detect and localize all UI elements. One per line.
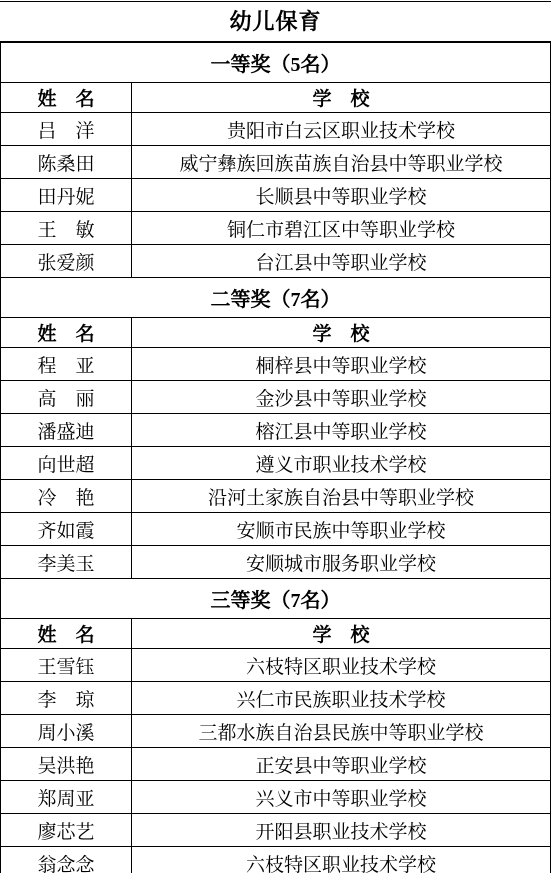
school-cell: 沿河土家族自治县中等职业学校 bbox=[132, 480, 551, 513]
table-row: 吕 洋贵阳市白云区职业技术学校 bbox=[1, 113, 551, 146]
school-cell: 遵义市职业技术学校 bbox=[132, 447, 551, 480]
school-cell: 六枝特区职业技术学校 bbox=[132, 649, 551, 682]
name-cell: 王雪钰 bbox=[1, 649, 132, 682]
school-cell: 正安县中等职业学校 bbox=[132, 748, 551, 781]
column-header-row: 姓 名学 校 bbox=[1, 318, 551, 348]
table-row: 吴洪艳正安县中等职业学校 bbox=[1, 748, 551, 781]
name-cell: 潘盛迪 bbox=[1, 414, 132, 447]
table-row: 周小溪三都水族自治县民族中等职业学校 bbox=[1, 715, 551, 748]
section-heading: 一等奖（5名） bbox=[1, 42, 551, 83]
table-row: 陈桑田威宁彝族回族苗族自治县中等职业学校 bbox=[1, 146, 551, 179]
table-row: 翁念念六枝特区职业技术学校 bbox=[1, 847, 551, 873]
school-cell: 六枝特区职业技术学校 bbox=[132, 847, 551, 873]
column-header-name: 姓 名 bbox=[1, 83, 132, 113]
name-cell: 廖芯艺 bbox=[1, 814, 132, 847]
section-heading-row: 三等奖（7名） bbox=[1, 579, 551, 619]
table-row: 廖芯艺开阳县职业技术学校 bbox=[1, 814, 551, 847]
name-cell: 冷 艳 bbox=[1, 480, 132, 513]
school-cell: 威宁彝族回族苗族自治县中等职业学校 bbox=[132, 146, 551, 179]
school-cell: 三都水族自治县民族中等职业学校 bbox=[132, 715, 551, 748]
table-row: 张爱颜台江县中等职业学校 bbox=[1, 245, 551, 278]
table-row: 潘盛迪榕江县中等职业学校 bbox=[1, 414, 551, 447]
table-row: 高 丽金沙县中等职业学校 bbox=[1, 381, 551, 414]
school-cell: 长顺县中等职业学校 bbox=[132, 179, 551, 212]
table-row: 李 琼兴仁市民族职业技术学校 bbox=[1, 682, 551, 715]
award-table-body: 一等奖（5名）姓 名学 校吕 洋贵阳市白云区职业技术学校陈桑田威宁彝族回族苗族自… bbox=[1, 42, 551, 873]
column-header-row: 姓 名学 校 bbox=[1, 83, 551, 113]
page-title: 幼儿保育 bbox=[0, 0, 551, 41]
table-row: 王 敏铜仁市碧江区中等职业学校 bbox=[1, 212, 551, 245]
school-cell: 金沙县中等职业学校 bbox=[132, 381, 551, 414]
table-row: 王雪钰六枝特区职业技术学校 bbox=[1, 649, 551, 682]
table-row: 田丹妮长顺县中等职业学校 bbox=[1, 179, 551, 212]
table-row: 齐如霞安顺市民族中等职业学校 bbox=[1, 513, 551, 546]
school-cell: 开阳县职业技术学校 bbox=[132, 814, 551, 847]
name-cell: 程 亚 bbox=[1, 348, 132, 381]
school-cell: 安顺城市服务职业学校 bbox=[132, 546, 551, 579]
school-cell: 桐梓县中等职业学校 bbox=[132, 348, 551, 381]
column-header-school: 学 校 bbox=[132, 619, 551, 649]
name-cell: 吴洪艳 bbox=[1, 748, 132, 781]
top-divider-line bbox=[0, 1, 551, 2]
table-row: 郑周亚兴义市中等职业学校 bbox=[1, 781, 551, 814]
school-cell: 兴仁市民族职业技术学校 bbox=[132, 682, 551, 715]
name-cell: 吕 洋 bbox=[1, 113, 132, 146]
name-cell: 翁念念 bbox=[1, 847, 132, 873]
table-row: 程 亚桐梓县中等职业学校 bbox=[1, 348, 551, 381]
table-row: 冷 艳沿河土家族自治县中等职业学校 bbox=[1, 480, 551, 513]
school-cell: 铜仁市碧江区中等职业学校 bbox=[132, 212, 551, 245]
name-cell: 高 丽 bbox=[1, 381, 132, 414]
name-cell: 周小溪 bbox=[1, 715, 132, 748]
school-cell: 兴义市中等职业学校 bbox=[132, 781, 551, 814]
section-heading-row: 一等奖（5名） bbox=[1, 42, 551, 83]
name-cell: 田丹妮 bbox=[1, 179, 132, 212]
table-row: 向世超遵义市职业技术学校 bbox=[1, 447, 551, 480]
name-cell: 李 琼 bbox=[1, 682, 132, 715]
section-heading-row: 二等奖（7名） bbox=[1, 278, 551, 318]
section-heading: 二等奖（7名） bbox=[1, 278, 551, 318]
table-row: 李美玉安顺城市服务职业学校 bbox=[1, 546, 551, 579]
school-cell: 榕江县中等职业学校 bbox=[132, 414, 551, 447]
name-cell: 李美玉 bbox=[1, 546, 132, 579]
school-cell: 安顺市民族中等职业学校 bbox=[132, 513, 551, 546]
column-header-row: 姓 名学 校 bbox=[1, 619, 551, 649]
award-table: 一等奖（5名）姓 名学 校吕 洋贵阳市白云区职业技术学校陈桑田威宁彝族回族苗族自… bbox=[0, 41, 551, 873]
name-cell: 陈桑田 bbox=[1, 146, 132, 179]
name-cell: 郑周亚 bbox=[1, 781, 132, 814]
school-cell: 台江县中等职业学校 bbox=[132, 245, 551, 278]
name-cell: 齐如霞 bbox=[1, 513, 132, 546]
name-cell: 张爱颜 bbox=[1, 245, 132, 278]
name-cell: 向世超 bbox=[1, 447, 132, 480]
column-header-name: 姓 名 bbox=[1, 318, 132, 348]
name-cell: 王 敏 bbox=[1, 212, 132, 245]
school-cell: 贵阳市白云区职业技术学校 bbox=[132, 113, 551, 146]
column-header-school: 学 校 bbox=[132, 83, 551, 113]
section-heading: 三等奖（7名） bbox=[1, 579, 551, 619]
column-header-school: 学 校 bbox=[132, 318, 551, 348]
column-header-name: 姓 名 bbox=[1, 619, 132, 649]
